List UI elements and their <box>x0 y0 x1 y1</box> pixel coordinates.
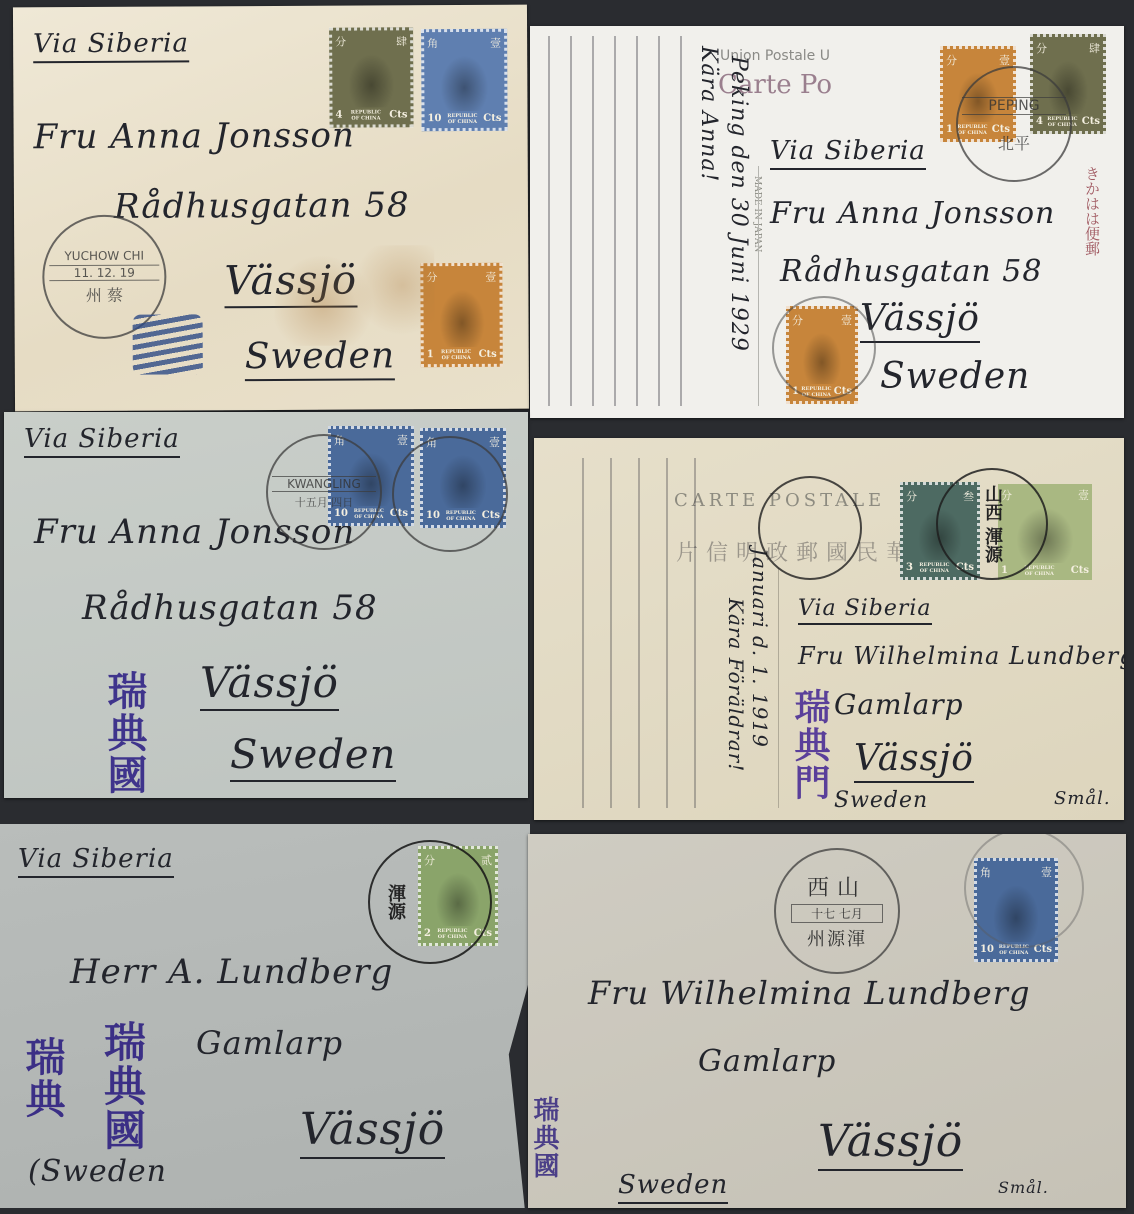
addressee: Fru Anna Jonsson <box>34 116 355 158</box>
postmark-hunyuan: 渾源 <box>368 840 492 964</box>
street-address: Rådhusgatan 58 <box>82 588 378 628</box>
envelope-lundberg-herr: Via Siberia Herr A. Lundberg Gamlarp Väs… <box>0 824 530 1208</box>
city: Vässjö <box>854 738 974 783</box>
region: Smål. <box>998 1178 1049 1197</box>
stamp-10-cents: 角壹 10REPUBLICOF CHINACts <box>421 29 508 131</box>
envelope-kwangling: Via Siberia Fru Anna Jonsson Rådhusgatan… <box>4 412 528 798</box>
sweden-chinese-handstamp: 瑞典國 <box>96 670 153 796</box>
country: Sweden <box>618 1170 728 1204</box>
postmark-peping-2 <box>772 296 876 400</box>
postmark-shansi-hunyuan: 山西 十七 七月 渾源州 <box>774 848 900 974</box>
stamp-4-cents: 分肆 4REPUBLICOF CHINACts <box>329 27 414 127</box>
printed-side-cjk: きかはは便郵 <box>1082 166 1103 256</box>
postmark-peping: PEPING 北平 <box>956 66 1072 182</box>
postmark-hunyuan: 山西 渾源 <box>936 468 1048 580</box>
addressee: Fru Anna Jonsson <box>770 196 1055 231</box>
city: Vässjö <box>818 1116 963 1171</box>
city: Vässjö <box>300 1104 445 1159</box>
postmark-kwangling: KWANGLING 十五月 四日 <box>266 434 382 550</box>
street-address: Gamlarp <box>698 1044 836 1079</box>
region: Smål. <box>1054 788 1111 809</box>
country: Sweden <box>230 732 396 782</box>
route-annotation: Via Siberia <box>18 844 174 878</box>
stain <box>274 245 435 346</box>
country: (Sweden <box>28 1154 167 1189</box>
message-greeting: Kära Föräldrar! <box>724 598 748 772</box>
message-body <box>534 36 684 406</box>
street-address: Rådhusgatan 58 <box>114 185 410 227</box>
sweden-chinese-handstamp: 瑞典門 <box>784 688 835 802</box>
route-annotation: Via Siberia <box>798 596 932 625</box>
message-greeting: Kära Anna! <box>696 46 721 182</box>
blue-crayon-mark <box>133 314 203 374</box>
printed-divider-text: MADE IN JAPAN <box>752 176 762 252</box>
postmark-transit <box>758 476 862 580</box>
divider-line <box>758 166 759 406</box>
route-annotation: Via Siberia <box>33 28 189 63</box>
route-annotation: Via Siberia <box>24 424 180 458</box>
message-date: Peking den 30 Juni 1929 <box>726 56 751 352</box>
sweden-chinese-handstamp: 瑞典國 <box>92 1020 152 1152</box>
postmark-kwangling-2 <box>392 436 508 552</box>
street-address: Rådhusgatan 58 <box>780 254 1042 289</box>
postcard-stationery: CARTE POSTALE 中華民國郵政明信片 Januari d. 1. 19… <box>534 438 1124 820</box>
street-address: Gamlarp <box>834 688 964 721</box>
message-body <box>564 458 704 808</box>
postmark-partial <box>964 834 1084 948</box>
divider-line <box>778 568 779 808</box>
sweden-chinese-side-mark: 瑞典國 <box>528 1096 563 1180</box>
sweden-chinese-handstamp-2: 瑞典 <box>14 1036 71 1120</box>
envelope-lundberg-fru: 瑞典國 Fru Wilhelmina Lundberg Gamlarp Väss… <box>528 834 1126 1208</box>
envelope-yuchow: Via Siberia Fru Anna Jonsson Rådhusgatan… <box>13 5 529 412</box>
addressee: Fru Wilhelmina Lundberg <box>798 642 1124 670</box>
city: Vässjö <box>860 298 980 343</box>
route-annotation: Via Siberia <box>770 136 926 170</box>
country: Sweden <box>834 788 928 813</box>
postcard-peping: Union Postale U Carte Po MADE IN JAPAN き… <box>530 26 1124 418</box>
country: Sweden <box>880 356 1030 397</box>
city: Vässjö <box>200 658 339 711</box>
addressee: Fru Wilhelmina Lundberg <box>588 974 1030 1012</box>
street-address: Gamlarp <box>196 1024 343 1062</box>
message-date: Januari d. 1. 1919 <box>748 548 772 748</box>
addressee: Herr A. Lundberg <box>70 952 393 992</box>
